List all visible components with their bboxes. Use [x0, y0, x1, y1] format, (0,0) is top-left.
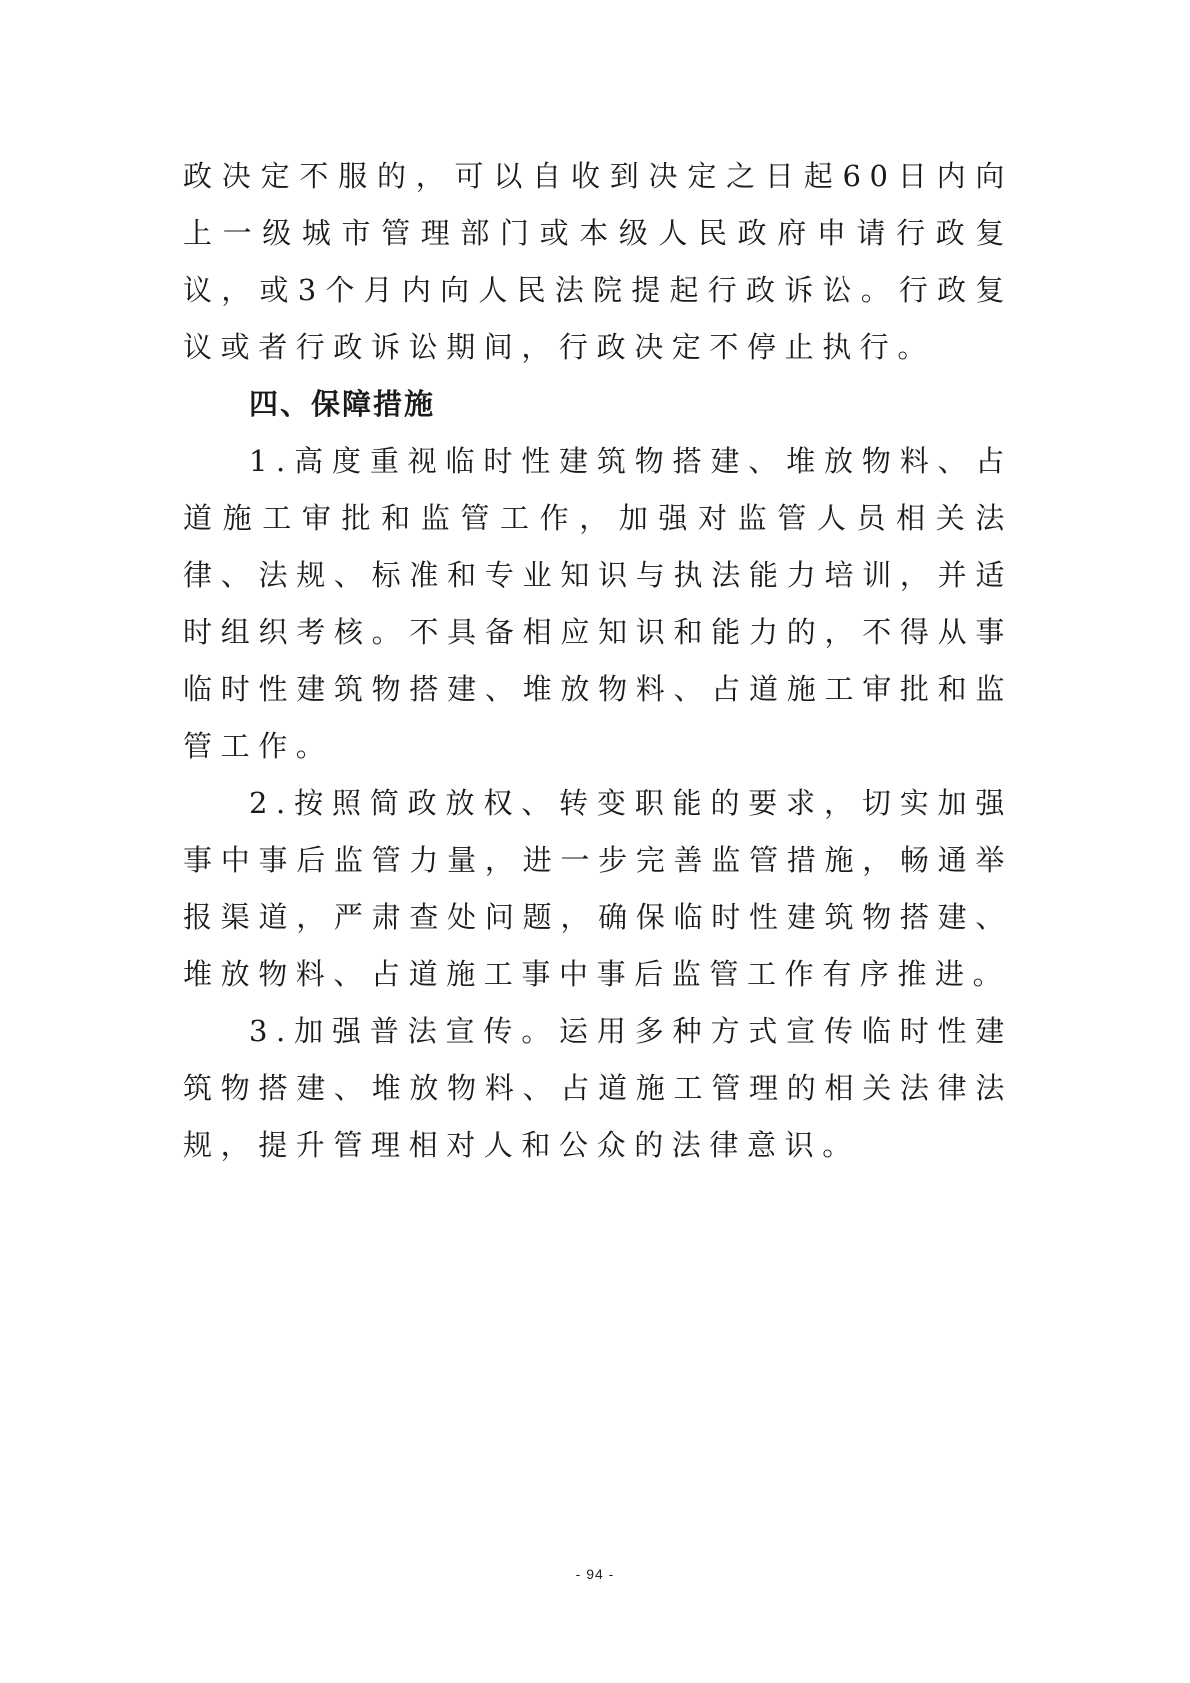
paragraph-item-1: 1.高度重视临时性建筑物搭建、堆放物料、占道施工审批和监管工作，加强对监管人员相… [183, 433, 1013, 775]
document-body: 政决定不服的，可以自收到决定之日起60日内向上一级城市管理部门或本级人民政府申请… [183, 148, 1013, 1174]
page-number: - 94 - [0, 1566, 1190, 1582]
paragraph-item-2: 2.按照简政放权、转变职能的要求，切实加强事中事后监管力量，进一步完善监管措施，… [183, 775, 1013, 1003]
document-page: 政决定不服的，可以自收到决定之日起60日内向上一级城市管理部门或本级人民政府申请… [0, 0, 1190, 1683]
paragraph-continued-admin-review: 政决定不服的，可以自收到决定之日起60日内向上一级城市管理部门或本级人民政府申请… [183, 148, 1013, 376]
paragraph-item-3: 3.加强普法宣传。运用多种方式宣传临时性建筑物搭建、堆放物料、占道施工管理的相关… [183, 1003, 1013, 1174]
section-heading-safeguard-measures: 四、保障措施 [183, 376, 1013, 433]
